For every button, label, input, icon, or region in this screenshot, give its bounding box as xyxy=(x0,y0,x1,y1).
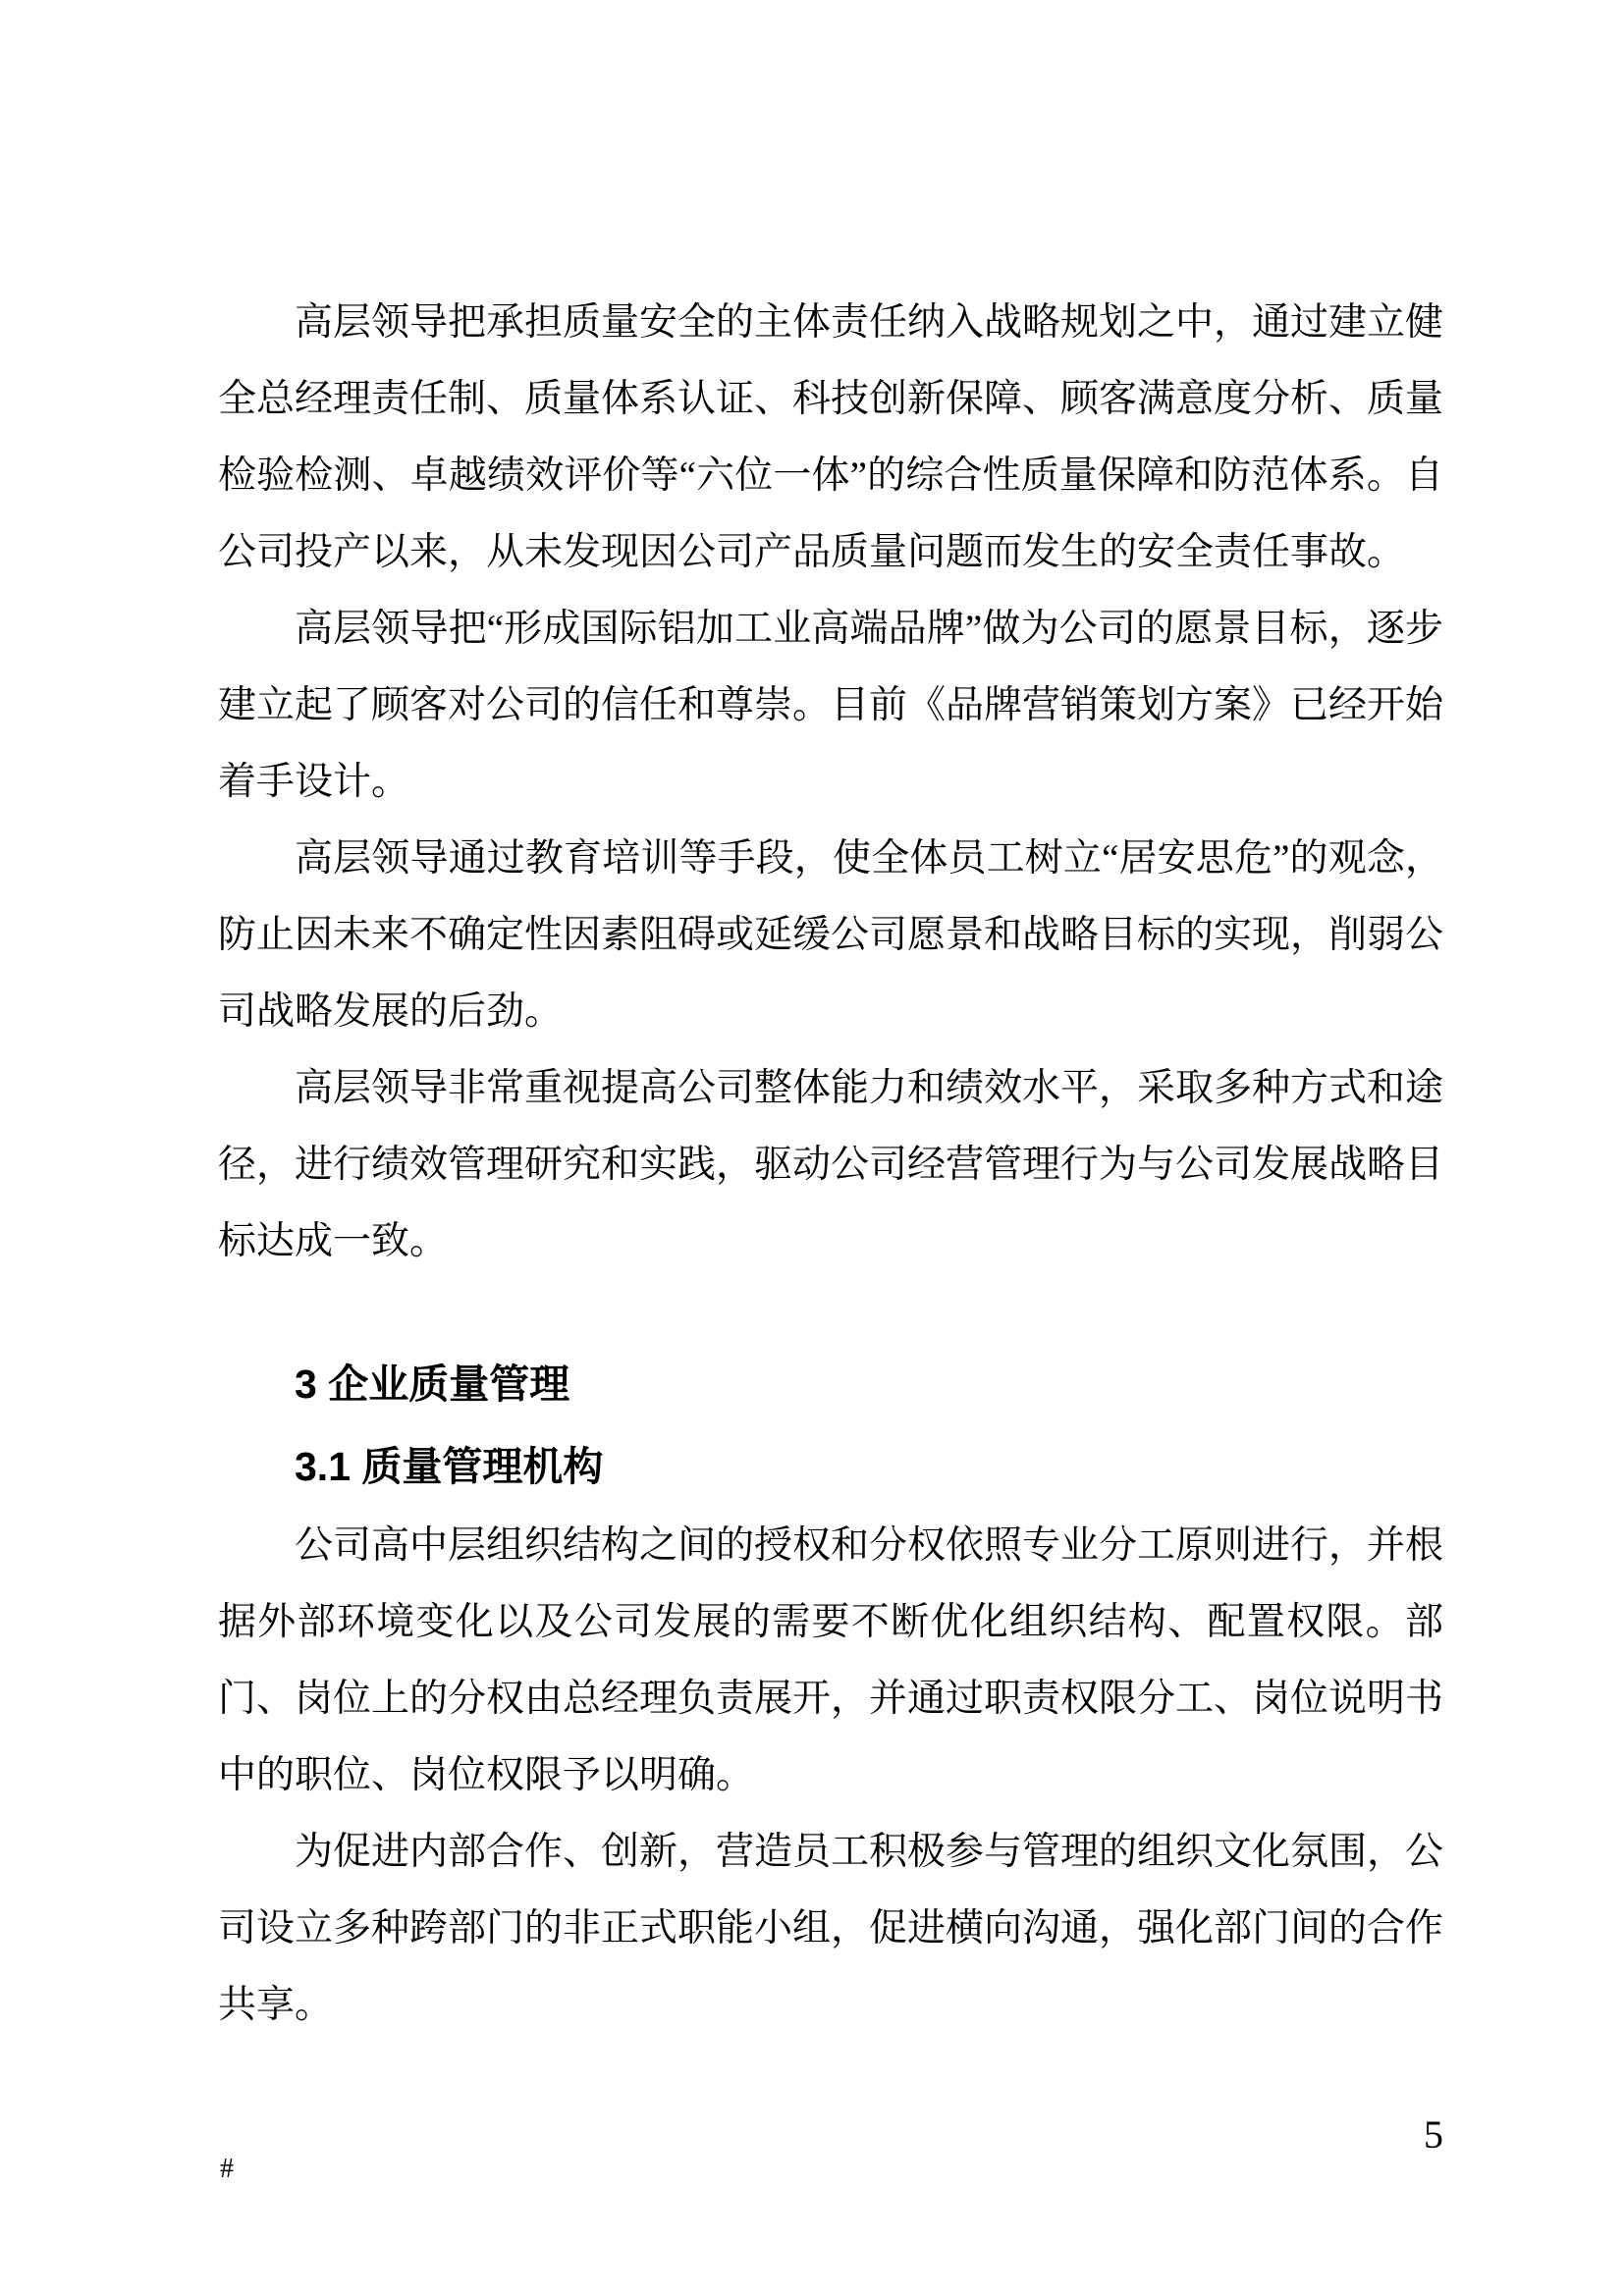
heading-section-3-quality-management: 3 企业质量管理 xyxy=(218,1343,1443,1425)
paragraph-cross-department-groups: 为促进内部合作、创新，营造员工积极参与管理的组织文化氛围，公司设立多种跨部门的非… xyxy=(218,1814,1443,2044)
paragraph-org-structure-authority: 公司高中层组织结构之间的授权和分权依照专业分工原则进行，并根据外部环境变化以及公… xyxy=(218,1508,1443,1814)
document-page: 高层领导把承担质量安全的主体责任纳入战略规划之中，通过建立健全总经理责任制、质量… xyxy=(0,0,1624,2296)
footnote-marker: # xyxy=(220,2154,234,2185)
page-number: 5 xyxy=(218,2112,1443,2158)
heading-section-3-1-quality-org: 3.1 质量管理机构 xyxy=(218,1425,1443,1508)
paragraph-education-training: 高层领导通过教育培训等手段，使全体员工树立“居安思危”的观念，防止因未来不确定性… xyxy=(218,821,1443,1050)
paragraph-brand-vision: 高层领导把“形成国际铝加工业高端品牌”做为公司的愿景目标，逐步建立起了顾客对公司… xyxy=(218,591,1443,821)
paragraph-performance-management: 高层领导非常重视提高公司整体能力和绩效水平，采取多种方式和途径，进行绩效管理研究… xyxy=(218,1050,1443,1280)
paragraph-quality-responsibility: 高层领导把承担质量安全的主体责任纳入战略规划之中，通过建立健全总经理责任制、质量… xyxy=(218,285,1443,591)
page-body: 高层领导把承担质量安全的主体责任纳入战略规划之中，通过建立健全总经理责任制、质量… xyxy=(218,285,1443,2044)
